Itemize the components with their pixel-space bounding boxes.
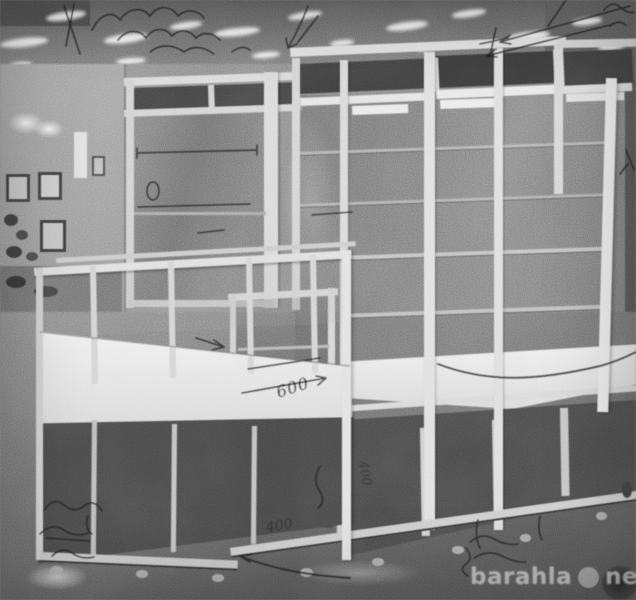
showcase-transom-panel bbox=[562, 49, 633, 86]
photo-stage: 600 400 400 barahla net bbox=[0, 0, 636, 600]
leveling-foot bbox=[596, 512, 607, 520]
wall-decor-blob bbox=[6, 246, 22, 258]
wall-spotlight-glow bbox=[34, 120, 64, 138]
cabinet-item bbox=[6, 276, 26, 288]
wall-white-panel bbox=[74, 132, 87, 178]
showcase-post bbox=[424, 52, 435, 530]
wall-decor-blob bbox=[4, 214, 18, 226]
leveling-foot bbox=[452, 546, 464, 554]
leveling-foot bbox=[136, 570, 148, 578]
wall-decor-blob bbox=[16, 230, 28, 240]
counter-corner-post bbox=[342, 250, 351, 560]
counter-post bbox=[251, 426, 257, 544]
counter-post bbox=[36, 268, 43, 560]
watermark-dot-icon bbox=[578, 567, 599, 588]
showcase-shelf bbox=[134, 212, 266, 215]
wall-picture bbox=[40, 220, 66, 252]
watermark-site: barahla bbox=[470, 564, 572, 590]
leveling-foot bbox=[212, 574, 224, 582]
leveling-foot bbox=[300, 568, 313, 577]
wall-decor-blob bbox=[26, 252, 38, 261]
dark-object bbox=[622, 482, 632, 498]
floor-light-patch bbox=[300, 560, 420, 586]
showcase-frame-bar bbox=[558, 39, 636, 48]
wall-picture bbox=[38, 172, 62, 200]
showcase-post bbox=[494, 48, 503, 530]
showcase-post bbox=[560, 408, 570, 496]
wall-picture bbox=[6, 174, 30, 202]
watermark-tld: net bbox=[605, 564, 636, 590]
leveling-foot bbox=[372, 558, 384, 566]
showcase-post bbox=[554, 44, 563, 194]
leveling-foot bbox=[50, 566, 63, 575]
leveling-foot bbox=[520, 534, 531, 542]
showcase-transom-panel bbox=[298, 58, 427, 94]
photo-layers: 600 400 400 bbox=[0, 0, 636, 600]
watermark: barahla net bbox=[470, 564, 636, 590]
wall-picture bbox=[92, 156, 105, 176]
